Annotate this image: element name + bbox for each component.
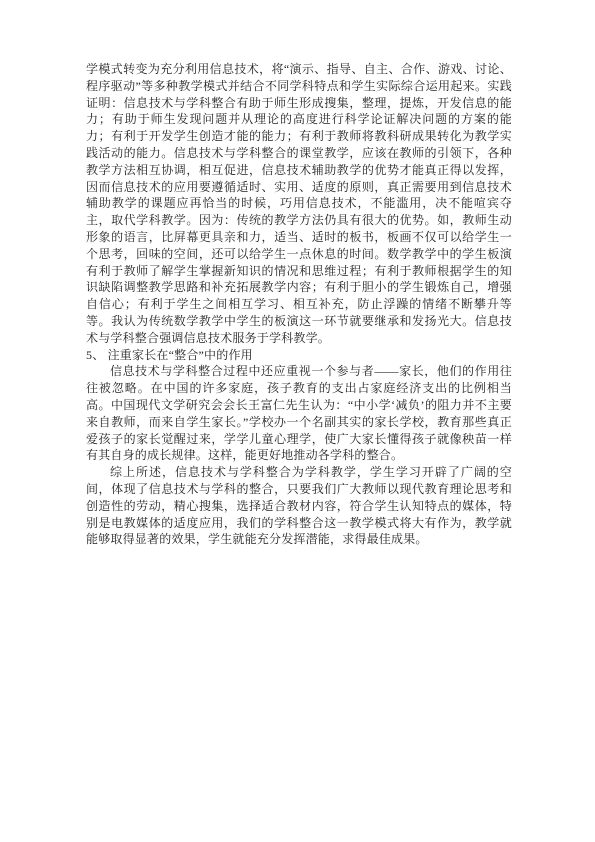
paragraph-conclusion: 综上所述，信息技术与学科整合为学科教学，学生学习开辟了广阔的空间，体现了信息技术… bbox=[86, 464, 512, 548]
document-text-block: 学模式转变为充分利用信息技术，将“演示、指导、自主、合作、游戏、讨论、程序驱动”… bbox=[86, 61, 512, 548]
paragraph-parents-role: 信息技术与学科整合过程中还应重视一个参与者——家长，他们的作用往往被忽略。在中国… bbox=[86, 363, 512, 464]
section-5-heading: 5、 注重家长在“整合”中的作用 bbox=[86, 347, 512, 364]
document-page: 学模式转变为充分利用信息技术，将“演示、指导、自主、合作、游戏、讨论、程序驱动”… bbox=[0, 0, 595, 842]
paragraph-integration-benefits: 学模式转变为充分利用信息技术，将“演示、指导、自主、合作、游戏、讨论、程序驱动”… bbox=[86, 61, 512, 347]
